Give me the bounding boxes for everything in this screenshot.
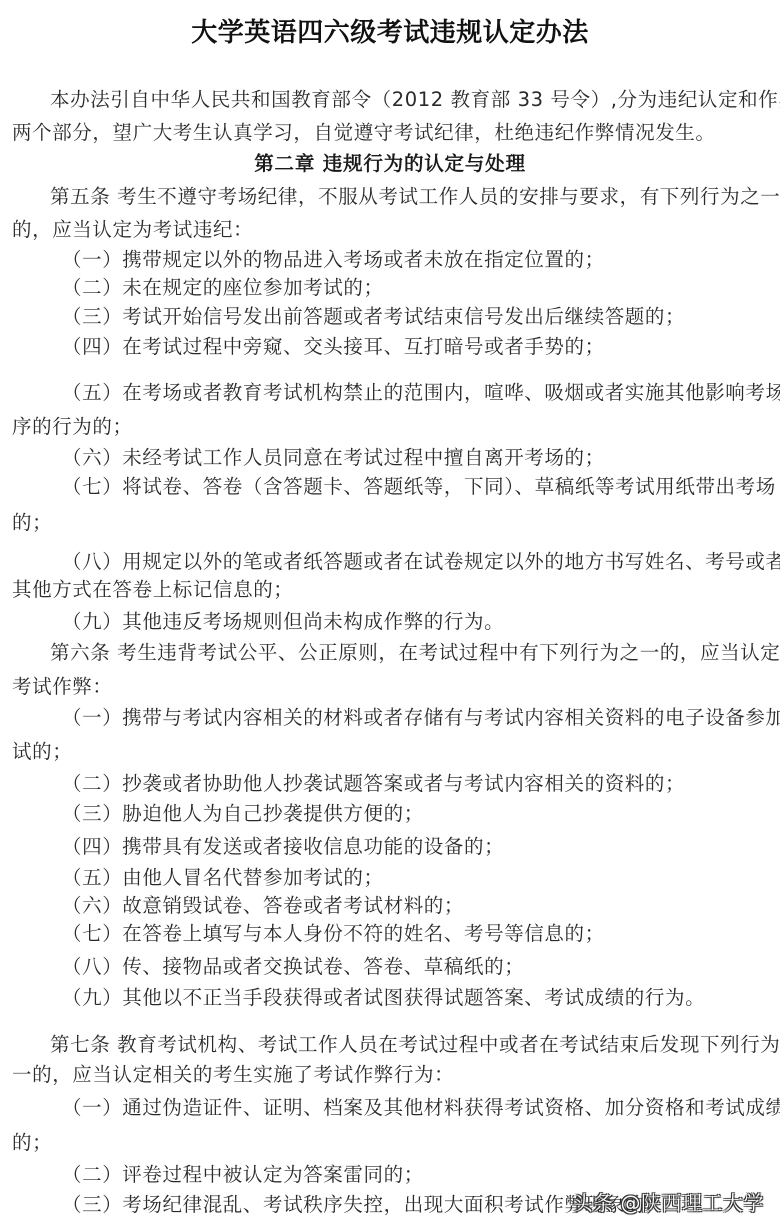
- article-6-item-3: （三）胁迫他人为自己抄袭提供方便的；: [62, 802, 424, 826]
- article-7-item-1-line-1: （一）通过伪造证件、证明、档案及其他材料获得考试资格、加分资格和考试成绩: [62, 1096, 765, 1120]
- article-5-item-6: （六）未经考试工作人员同意在考试过程中擅自离开考场的；: [62, 446, 605, 470]
- intro-line-1: 本办法引自中华人民共和国教育部令（2012 教育部 33 号令）,分为违纪认定和…: [50, 88, 765, 112]
- article-7-line-1: 第七条 教育考试机构、考试工作人员在考试过程中或者在考试结束后发现下列行为之: [50, 1033, 765, 1057]
- article-6-item-4: （四）携带具有发送或者接收信息功能的设备的；: [62, 835, 504, 859]
- article-5-item-9: （九）其他违反考场规则但尚未构成作弊的行为。: [62, 610, 504, 634]
- article-6-item-2: （二）抄袭或者协助他人抄袭试题答案或者与考试内容相关的资料的；: [62, 772, 685, 796]
- article-5-line-2: 的，应当认定为考试违纪：: [12, 218, 253, 242]
- article-5-item-7-line-1: （七）将试卷、答卷（含答题卡、答题纸等，下同）、草稿纸等考试用纸带出考场: [62, 475, 765, 499]
- article-5-item-5-line-2: 序的行为的；: [12, 415, 133, 439]
- article-5-item-5-line-1: （五）在考场或者教育考试机构禁止的范围内，喧哗、吸烟或者实施其他影响考场秩: [62, 381, 765, 405]
- article-6-item-8: （八）传、接物品或者交换试卷、答卷、草稿纸的；: [62, 955, 524, 979]
- article-6-item-5: （五）由他人冒名代替参加考试的；: [62, 866, 384, 890]
- article-7-item-2: （二）评卷过程中被认定为答案雷同的；: [62, 1163, 424, 1187]
- article-5-item-8-line-2: 其他方式在答卷上标记信息的；: [12, 578, 293, 602]
- intro-line-2: 两个部分，望广大考生认真学习，自觉遵守考试纪律，杜绝违纪作弊情况发生。: [12, 121, 716, 145]
- article-5-line-1: 第五条 考生不遵守考场纪律，不服从考试工作人员的安排与要求，有下列行为之一: [50, 185, 765, 209]
- article-7-line-2: 一的，应当认定相关的考生实施了考试作弊行为：: [12, 1063, 454, 1087]
- article-5-item-3: （三）考试开始信号发出前答题或者考试结束信号发出后继续答题的；: [62, 305, 685, 329]
- article-5-item-7-line-2: 的；: [12, 511, 52, 535]
- article-6-item-6: （六）故意销毁试卷、答卷或者考试材料的；: [62, 894, 464, 918]
- article-6-item-1-line-2: 试的；: [12, 740, 72, 764]
- article-5-item-1: （一）携带规定以外的物品进入考场或者未放在指定位置的；: [62, 248, 605, 272]
- article-6-line-2: 考试作弊：: [12, 675, 113, 699]
- article-5-item-4: （四）在考试过程中旁窥、交头接耳、互打暗号或者手势的；: [62, 335, 605, 359]
- article-5-item-2: （二）未在规定的座位参加考试的；: [62, 276, 384, 300]
- article-6-item-7: （七）在答卷上填写与本人身份不符的姓名、考号等信息的；: [62, 922, 605, 946]
- document-title: 大学英语四六级考试违规认定办法: [0, 17, 780, 49]
- chapter-heading: 第二章 违规行为的认定与处理: [0, 152, 780, 176]
- article-6-item-1-line-1: （一）携带与考试内容相关的材料或者存储有与考试内容相关资料的电子设备参加考: [62, 706, 765, 730]
- article-6-line-1: 第六条 考生违背考试公平、公正原则，在考试过程中有下列行为之一的，应当认定为: [50, 641, 765, 665]
- article-5-item-8-line-1: （八）用规定以外的笔或者纸答题或者在试卷规定以外的地方书写姓名、考号或者以: [62, 550, 765, 574]
- article-6-item-9: （九）其他以不正当手段获得或者试图获得试题答案、考试成绩的行为。: [62, 986, 705, 1010]
- source-watermark: 头条 @陕西理工大学: [573, 1190, 764, 1216]
- document-page: 大学英语四六级考试违规认定办法 本办法引自中华人民共和国教育部令（2012 教育…: [0, 0, 780, 1224]
- article-7-item-1-line-2: 的；: [12, 1131, 52, 1155]
